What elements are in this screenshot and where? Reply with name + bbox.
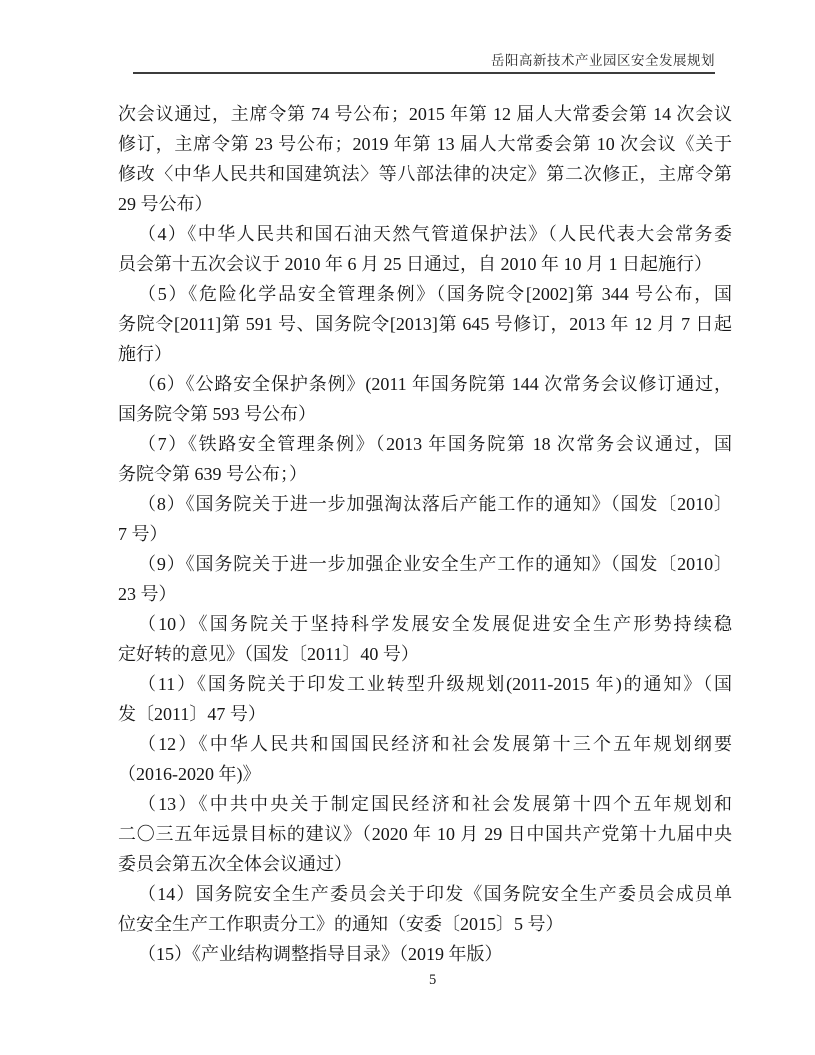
text-line: （5）《危险化学品安全管理条例》（国务院令[2002]第 344 号公布，国 [118, 279, 732, 309]
text-line: 国务院令第 593 号公布） [118, 399, 732, 429]
text-line: 二〇三五年远景目标的建议》（2020 年 10 月 29 日中国共产党第十九届中… [118, 819, 732, 849]
page-number: 5 [429, 971, 436, 989]
header-rule [133, 72, 715, 74]
text-line: 29 号公布） [118, 189, 732, 219]
text-line: 务院令[2011]第 591 号、国务院令[2013]第 645 号修订，201… [118, 309, 732, 339]
text-line: （10）《国务院关于坚持科学发展安全发展促进安全生产形势持续稳 [118, 609, 732, 639]
text-line: 次会议通过，主席令第 74 号公布；2015 年第 12 届人大常委会第 14 … [118, 99, 732, 129]
document-page: 岳阳高新技术产业园区安全发展规划 次会议通过，主席令第 74 号公布；2015 … [0, 0, 815, 1055]
text-line: 施行） [118, 339, 732, 369]
document-body: 次会议通过，主席令第 74 号公布；2015 年第 12 届人大常委会第 14 … [118, 99, 732, 969]
text-line: 务院令第 639 号公布；） [118, 459, 732, 489]
text-line: 定好转的意见》（国发〔2011〕40 号） [118, 639, 732, 669]
page-header-title: 岳阳高新技术产业园区安全发展规划 [133, 52, 715, 69]
text-line: （13）《中共中央关于制定国民经济和社会发展第十四个五年规划和 [118, 789, 732, 819]
text-line: （7）《铁路安全管理条例》（2013 年国务院第 18 次常务会议通过，国 [118, 429, 732, 459]
text-line: 7 号） [118, 519, 732, 549]
text-line: 修订，主席令第 23 号公布；2019 年第 13 届人大常委会第 10 次会议… [118, 129, 732, 159]
text-line: （14）国务院安全生产委员会关于印发《国务院安全生产委员会成员单 [118, 879, 732, 909]
text-line: （11）《国务院关于印发工业转型升级规划(2011-2015 年)的通知》（国 [118, 669, 732, 699]
text-line: （15）《产业结构调整指导目录》（2019 年版） [118, 939, 732, 969]
text-line: 23 号） [118, 579, 732, 609]
text-line: （9）《国务院关于进一步加强企业安全生产工作的通知》（国发〔2010〕 [118, 549, 732, 579]
text-line: 委员会第五次全体会议通过） [118, 849, 732, 879]
text-line: （4）《中华人民共和国石油天然气管道保护法》（人民代表大会常务委 [118, 219, 732, 249]
text-line: 发〔2011〕47 号） [118, 699, 732, 729]
text-line: （8）《国务院关于进一步加强淘汰落后产能工作的通知》（国发〔2010〕 [118, 489, 732, 519]
text-line: 位安全生产工作职责分工》的通知（安委〔2015〕5 号） [118, 909, 732, 939]
text-line: （6）《公路安全保护条例》(2011 年国务院第 144 次常务会议修订通过， [118, 369, 732, 399]
text-line: （12）《中华人民共和国国民经济和社会发展第十三个五年规划纲要 [118, 729, 732, 759]
text-line: 员会第十五次会议于 2010 年 6 月 25 日通过，自 2010 年 10 … [118, 249, 732, 279]
text-line: （2016-2020 年)》 [118, 759, 732, 789]
text-line: 修改〈中华人民共和国建筑法〉等八部法律的决定》第二次修正，主席令第 [118, 159, 732, 189]
